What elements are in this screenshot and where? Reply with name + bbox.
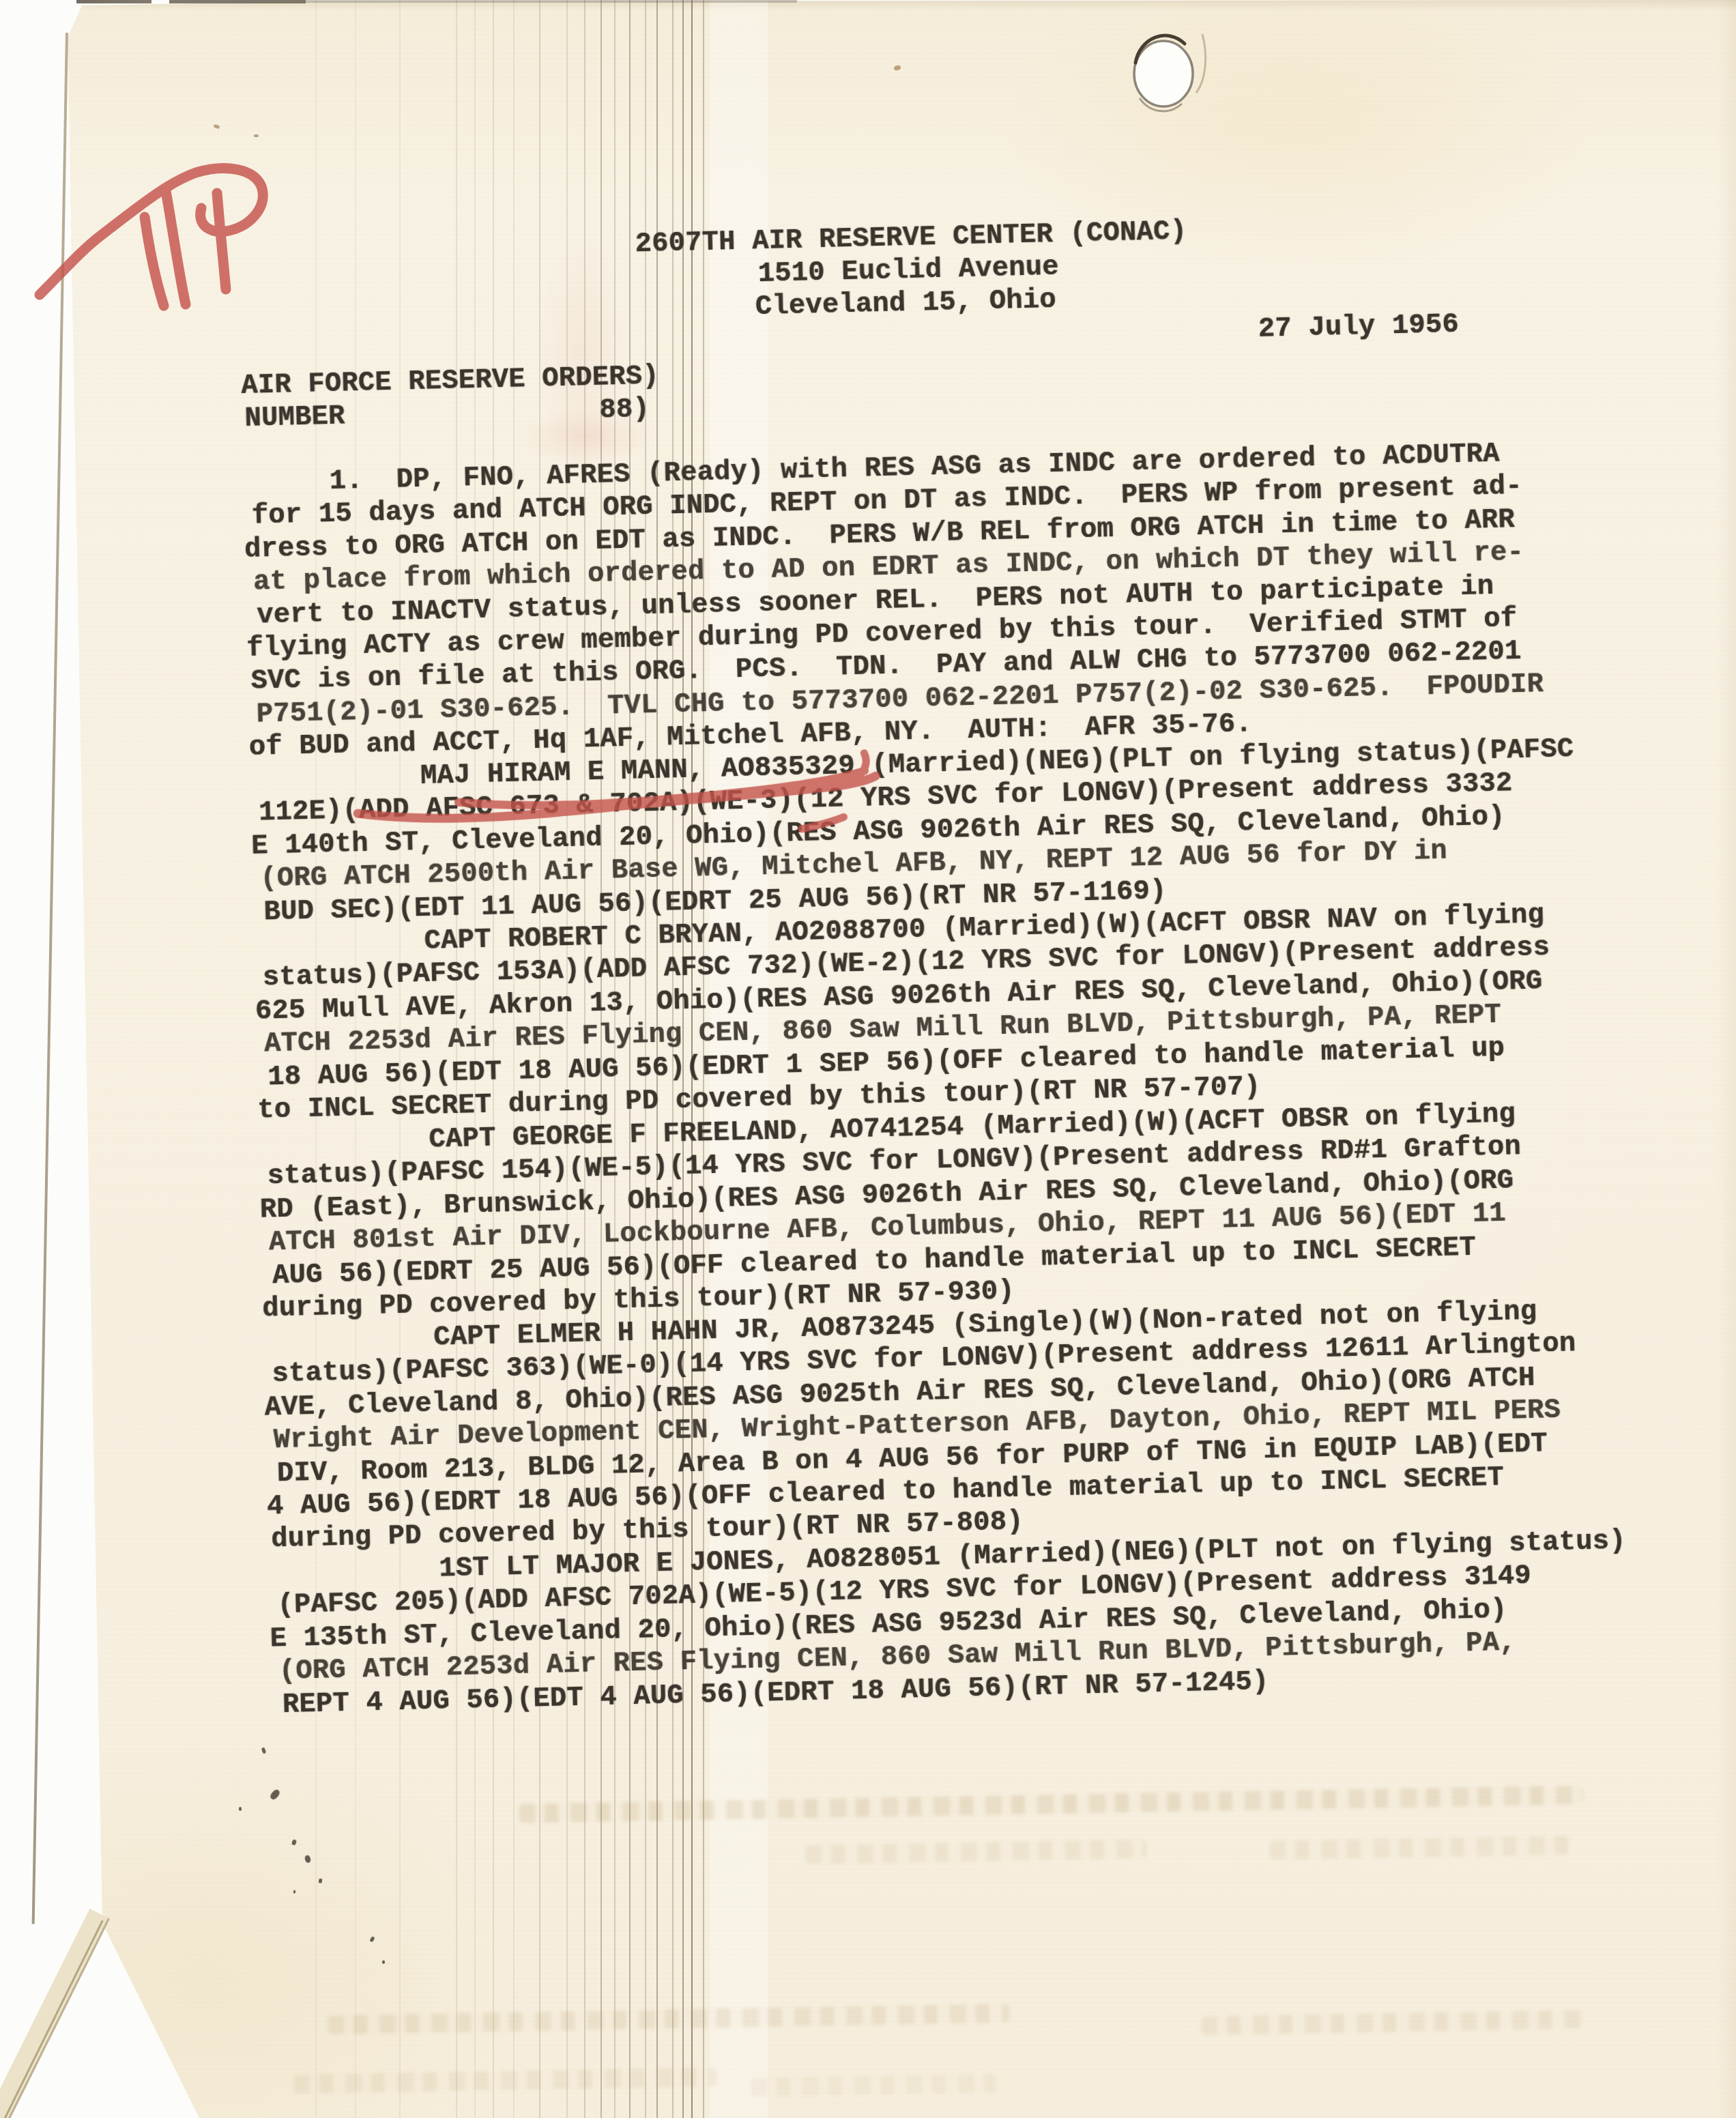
orders-number-label: NUMBER	[244, 401, 345, 434]
letterhead-street: 1510 Euclid Avenue	[757, 252, 1059, 290]
entry-mann: MAJ HIRAM E MANN, AO835329 (Married)(NEG…	[252, 733, 1577, 929]
letterhead-unit: 2607TH AIR RESERVE CENTER (CONAC)	[635, 216, 1187, 260]
scanned-document-page: P1 2607TH AIR RESERVE CENTER (CONAC) 151…	[0, 0, 1736, 2118]
ink-smudge	[239, 1807, 242, 1811]
entry-hahn: CAPT ELMER H HAHN JR, AO873245 (Single)(…	[266, 1295, 1576, 1557]
ink-smudge	[293, 1890, 295, 1894]
paper-speck	[254, 134, 259, 137]
entry-freeland: CAPT GEORGE F FREELAND, AO741254 (Marrie…	[261, 1098, 1520, 1326]
entry-bryan: CAPT ROBERT C BRYAN, AO2088700 (Married)…	[257, 899, 1548, 1127]
left-edge-line	[32, 33, 68, 1924]
top-edge-shadow	[76, 0, 151, 3]
punch-hole	[1119, 27, 1256, 143]
paragraph-1: 1. DP, FNO, AFRES (Ready) with RES ASG a…	[246, 437, 1540, 764]
corner-cut-edge	[3, 1920, 104, 2118]
orders-number-value: 88)	[599, 394, 650, 426]
orders-title: AIR FORCE RESERVE ORDERS)	[241, 361, 660, 402]
top-edge-shadow	[306, 0, 797, 3]
document-date: 27 July 1956	[1258, 309, 1459, 345]
letterhead-city: Cleveland 15, Ohio	[755, 285, 1056, 323]
top-edge-shadow	[169, 0, 306, 3]
entry-jones: 1ST LT MAJOR E JONES, AO828051 (Married)…	[272, 1525, 1630, 1722]
typewritten-content: 2607TH AIR RESERVE CENTER (CONAC) 1510 E…	[240, 196, 1668, 1770]
ink-smudge	[382, 1960, 385, 1964]
